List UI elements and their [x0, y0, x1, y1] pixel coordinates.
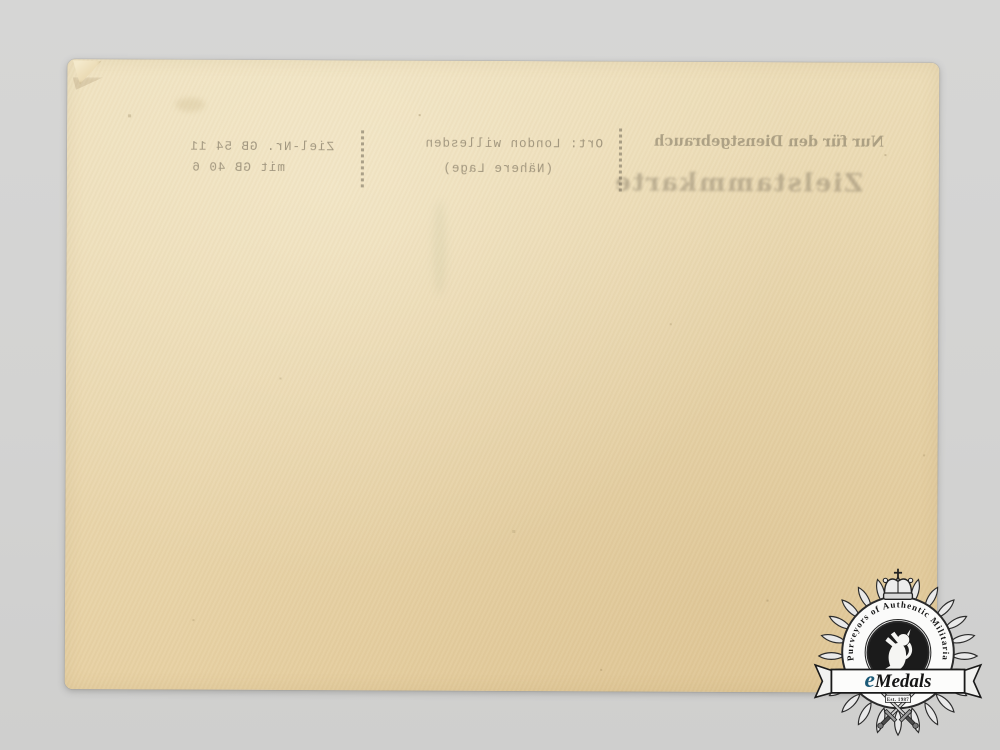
bleed-location-line2: (Nähere Lage)	[455, 162, 553, 176]
brand-text: eMedals	[864, 667, 931, 693]
bleed-classification-line: Nur für den Dienstgebrauch	[643, 133, 884, 151]
bleed-location-line1: Ort: London willesden	[408, 137, 603, 152]
banner-ribbon: eMedals	[815, 665, 981, 697]
bleed-target-number-line2: mit GB 40 6	[177, 161, 285, 175]
paper-stain	[432, 201, 446, 296]
paper-stain	[175, 98, 205, 112]
established-plaque: Est. 1987	[885, 695, 910, 703]
photo-background: Ziel-Nr. GB 54 11 mit GB 40 6 Ort: Londo…	[0, 0, 1000, 750]
crown-icon	[883, 569, 913, 600]
est-text: Est. 1987	[887, 698, 909, 703]
paper-speckles	[67, 59, 68, 60]
bleed-document-title: Zielstammkarte	[647, 168, 863, 198]
emedals-watermark: Purveyors of Authentic Militaria	[808, 566, 988, 746]
bleed-target-number-line1: Ziel-Nr. GB 54 11	[184, 140, 334, 155]
corner-fold-shadow	[69, 77, 103, 91]
bleed-column-separator	[361, 130, 364, 187]
